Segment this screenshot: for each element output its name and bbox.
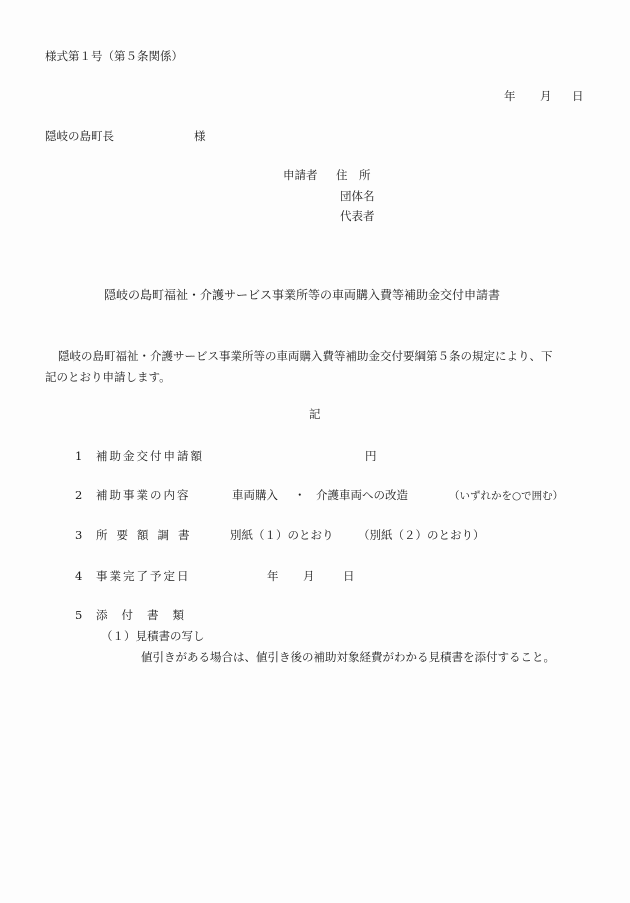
date-month-label: 月 bbox=[540, 91, 552, 103]
item-5-number: 5 bbox=[75, 610, 82, 622]
item-3-value-1: 別紙（１）のとおり bbox=[230, 530, 334, 542]
applicant-representative-label: 代表者 bbox=[340, 211, 375, 223]
item-3-value-2: （別紙（２）のとおり） bbox=[358, 530, 485, 542]
item-5-subitem-1-note: 値引きがある場合は、値引き後の補助対象経費がわかる見積書を添付すること。 bbox=[141, 652, 555, 664]
item-4-month-label: 月 bbox=[303, 571, 315, 583]
document-title: 隠岐の島町福祉・介護サービス事業所等の車両購入費等補助金交付申請書 bbox=[104, 289, 500, 301]
item-2-label: 補助事業の内容 bbox=[96, 490, 191, 502]
item-4-label: 事業完了予定日 bbox=[96, 571, 191, 583]
date-day-label: 日 bbox=[572, 91, 584, 103]
item-4-year-label: 年 bbox=[267, 571, 279, 583]
item-5-label: 添付書類 bbox=[96, 610, 198, 622]
item-5-subitem-1-label: （１）見積書の写し bbox=[101, 631, 205, 643]
item-2-option-care-vehicle-conversion: 介護車両への改造 bbox=[316, 490, 408, 502]
item-2-number: 2 bbox=[75, 490, 82, 502]
body-text-line-2: 記のとおり申請します。 bbox=[45, 372, 171, 384]
applicant-address-label: 住 所 bbox=[336, 170, 371, 182]
item-4-number: 4 bbox=[75, 571, 82, 583]
form-number: 様式第１号（第５条関係） bbox=[45, 51, 183, 63]
body-text-line-1: 隠岐の島町福祉・介護サービス事業所等の車両購入費等補助金交付要綱第５条の規定によ… bbox=[58, 351, 553, 363]
item-4-day-label: 日 bbox=[343, 571, 355, 583]
item-3-number: 3 bbox=[75, 530, 82, 542]
item-3-label: 所要額調書 bbox=[96, 530, 199, 542]
item-2-option-vehicle-purchase: 車両購入 bbox=[232, 490, 278, 502]
addressee-honorific: 様 bbox=[194, 131, 206, 143]
item-1-label: 補助金交付申請額 bbox=[96, 451, 204, 463]
item-1-unit: 円 bbox=[365, 451, 377, 463]
applicant-label: 申請者 bbox=[283, 170, 318, 182]
item-2-note: （いずれかを○で囲む） bbox=[449, 491, 563, 502]
item-2-separator: ・ bbox=[294, 490, 306, 502]
applicant-organization-label: 団体名 bbox=[340, 191, 375, 203]
addressee-name: 隠岐の島町長 bbox=[45, 131, 114, 143]
item-1-number: 1 bbox=[75, 451, 82, 463]
ki-heading: 記 bbox=[309, 409, 321, 421]
date-year-label: 年 bbox=[504, 91, 516, 103]
